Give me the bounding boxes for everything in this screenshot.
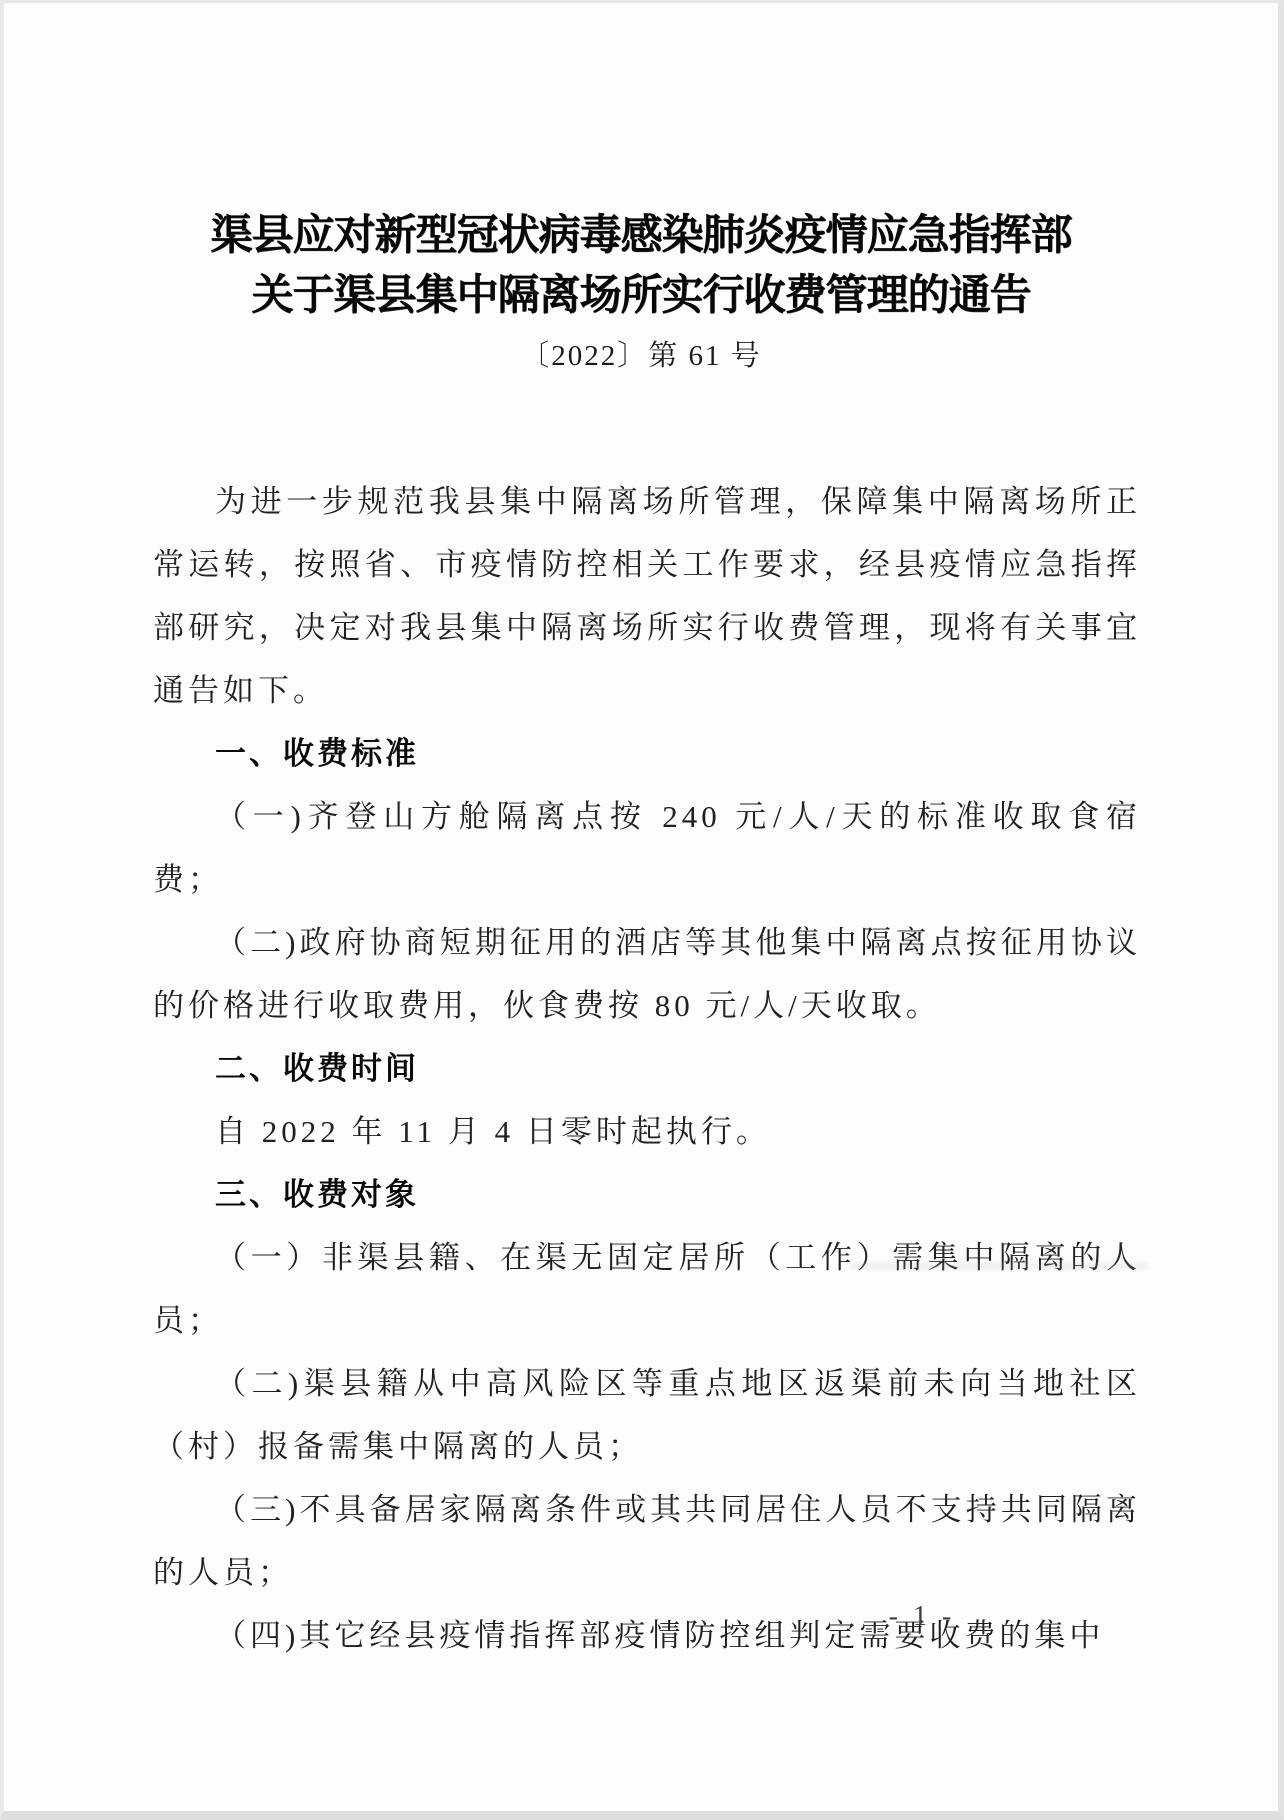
section-2-item-1: 自 2022 年 11 月 4 日零时起执行。 — [153, 1100, 1141, 1163]
title-line-2: 关于渠县集中隔离场所实行收费管理的通告 — [4, 266, 1278, 326]
title-line-1: 渠县应对新型冠状病毒感染肺炎疫情应急指挥部 — [4, 206, 1278, 266]
document-page: 渠县应对新型冠状病毒感染肺炎疫情应急指挥部 关于渠县集中隔离场所实行收费管理的通… — [0, 0, 1284, 1820]
scanned-notice-document: { "meta": { "page_bg_color": "#fdfdfd", … — [0, 0, 1284, 1820]
document-body: 为进一步规范我县集中隔离场所管理，保障集中隔离场所正常运转，按照省、市疫情防控相… — [153, 470, 1141, 1667]
section-3-item-3: （三)不具备居家隔离条件或其共同居住人员不支持共同隔离的人员； — [153, 1478, 1141, 1604]
section-3-item-1: （一）非渠县籍、在渠无固定居所（工作）需集中隔离的人员； — [153, 1226, 1141, 1352]
section-2-heading: 二、收费时间 — [153, 1037, 1141, 1100]
page-number: - 1 - — [862, 1601, 982, 1633]
intro-paragraph: 为进一步规范我县集中隔离场所管理，保障集中隔离场所正常运转，按照省、市疫情防控相… — [153, 470, 1141, 722]
document-title: 渠县应对新型冠状病毒感染肺炎疫情应急指挥部 关于渠县集中隔离场所实行收费管理的通… — [4, 206, 1278, 326]
section-3-heading: 三、收费对象 — [153, 1163, 1141, 1226]
section-1-item-2: （二)政府协商短期征用的酒店等其他集中隔离点按征用协议的价格进行收取费用，伙食费… — [153, 911, 1141, 1037]
section-3-item-4: （四)其它经县疫情指挥部疫情防控组判定需要收费的集中 — [153, 1604, 1141, 1667]
section-3-item-2: （二)渠县籍从中高风险区等重点地区返渠前未向当地社区（村）报备需集中隔离的人员； — [153, 1352, 1141, 1478]
scan-artifact — [850, 1263, 1148, 1269]
document-number: 〔2022〕第 61 号 — [4, 333, 1278, 374]
section-1-heading: 一、收费标准 — [153, 722, 1141, 785]
section-1-item-1: （一)齐登山方舱隔离点按 240 元/人/天的标准收取食宿费； — [153, 785, 1141, 911]
